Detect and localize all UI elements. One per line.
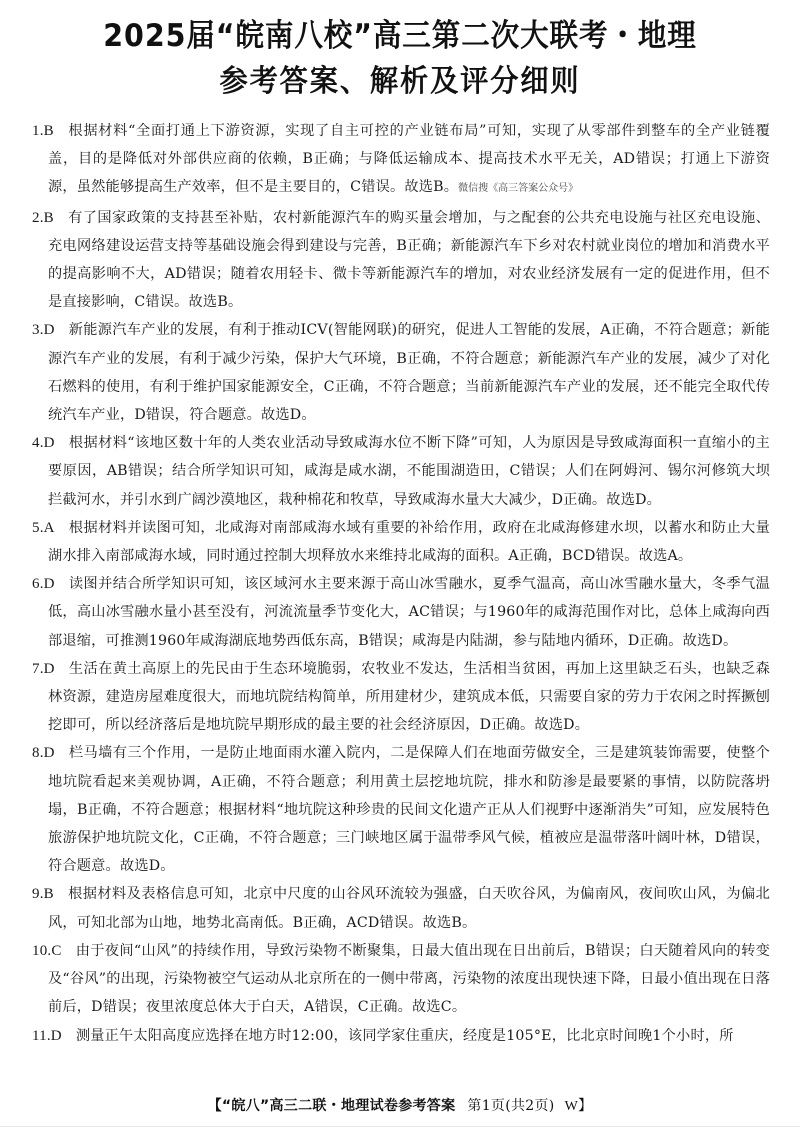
answer-item-3: 3.D新能源汽车产业的发展，有利于推动ICV(智能网联)的研究，促进人工智能的发…: [32, 316, 770, 429]
item-explanation: 由于夜间“山风”的持续作用，导致污染物不断聚集，日最大值出现在日出前后，B错误；…: [48, 943, 770, 1015]
item-answer: D: [44, 745, 55, 761]
answer-item-9: 9.B根据材料及表格信息可知，北京中尺度的山谷风环流较为强盛，白天吹谷风，为偏南…: [32, 880, 770, 936]
bottom-divider: [0, 1126, 800, 1127]
item-explanation: 根据材料及表格信息可知，北京中尺度的山谷风环流较为强盛，白天吹谷风，为偏南风，夜…: [48, 886, 770, 930]
item-explanation: 读图并结合所学知识可知，该区域河水主要来源于高山冰雪融水，夏季气温高，高山冰雪融…: [48, 576, 770, 648]
item-number: 2.: [32, 210, 44, 226]
footer-label: 【“皖八”高三二联・地理试卷参考答案: [208, 1098, 456, 1114]
item-answer: B: [44, 210, 54, 226]
answer-item-2: 2.B有了国家政策的支持甚至补贴，农村新能源汽车的购买量会增加，与之配套的公共充…: [32, 204, 770, 317]
item-number: 3.: [32, 322, 44, 338]
item-explanation: 根据材料并读图可知，北咸海对南部咸海水域有重要的补给作用，政府在北咸海修建水坝，…: [48, 520, 770, 564]
item-number: 4.: [32, 435, 44, 451]
item-number: 5.: [32, 520, 44, 536]
item-answer: D: [51, 1028, 62, 1044]
item-explanation: 根据材料“该地区数十年的人类农业活动导致咸海水位不断下降”可知，人为原因是导致咸…: [48, 435, 770, 507]
item-number: 6.: [32, 576, 44, 592]
answer-item-11: 11.D测量正午太阳高度应选择在地方时12:00，该同学家住重庆，经度是105°…: [32, 1022, 770, 1050]
answer-item-8: 8.D栏马墙有三个作用，一是防止地面雨水灌入院内，二是保障人们在地面劳做安全，三…: [32, 739, 770, 880]
item-number: 1.: [32, 123, 44, 139]
item-number: 10.: [32, 943, 51, 959]
footer-code: W】: [565, 1099, 593, 1114]
item-answer: B: [44, 886, 54, 902]
item-answer: A: [44, 520, 55, 536]
item-note: 微信搜《高三答案公众号》: [458, 183, 578, 194]
item-answer: D: [44, 661, 55, 677]
answer-list: 1.B根据材料“全面打通上下游资源，实现了自主可控的产业链布局”可知，实现了从零…: [32, 117, 770, 1050]
item-answer: D: [44, 576, 55, 592]
item-explanation: 新能源汽车产业的发展，有利于推动ICV(智能网联)的研究，促进人工智能的发展，A…: [48, 322, 770, 423]
item-explanation: 有了国家政策的支持甚至补贴，农村新能源汽车的购买量会增加，与之配套的公共充电设施…: [48, 210, 770, 311]
page-title: 2025届“皖南八校”高三第二次大联考・地理: [32, 10, 768, 55]
page-number: 第1页(共2页): [467, 1098, 554, 1114]
answer-item-5: 5.A根据材料并读图可知，北咸海对南部咸海水域有重要的补给作用，政府在北咸海修建…: [32, 514, 770, 570]
item-number: 8.: [32, 745, 44, 761]
item-explanation: 生活在黄土高原上的先民由于生态环境脆弱，农牧业不发达，生活相当贫困，再加上这里缺…: [48, 661, 770, 733]
answer-item-7: 7.D生活在黄土高原上的先民由于生态环境脆弱，农牧业不发达，生活相当贫困，再加上…: [32, 655, 770, 740]
item-number: 9.: [32, 886, 44, 902]
item-explanation: 测量正午太阳高度应选择在地方时12:00，该同学家住重庆，经度是105°E，比北…: [76, 1028, 734, 1044]
page-footer: 【“皖八”高三二联・地理试卷参考答案第1页(共2页)W】: [0, 1095, 800, 1115]
answer-item-4: 4.D根据材料“该地区数十年的人类农业活动导致咸海水位不断下降”可知，人为原因是…: [32, 429, 770, 514]
item-answer: D: [44, 322, 55, 338]
item-answer: B: [44, 123, 54, 139]
item-explanation: 根据材料“全面打通上下游资源，实现了自主可控的产业链布局”可知，实现了从零部件到…: [48, 123, 770, 195]
item-number: 11.: [32, 1028, 51, 1044]
page-subtitle: 参考答案、解析及评分细则: [24, 56, 776, 100]
item-explanation: 栏马墙有三个作用，一是防止地面雨水灌入院内，二是保障人们在地面劳做安全，三是建筑…: [48, 745, 770, 874]
item-answer: C: [51, 943, 61, 959]
answer-item-10: 10.C由于夜间“山风”的持续作用，导致污染物不断聚集，日最大值出现在日出前后，…: [32, 937, 770, 1022]
item-answer: D: [44, 435, 55, 451]
answer-item-1: 1.B根据材料“全面打通上下游资源，实现了自主可控的产业链布局”可知，实现了从零…: [32, 117, 770, 204]
answer-item-6: 6.D读图并结合所学知识可知，该区域河水主要来源于高山冰雪融水，夏季气温高，高山…: [32, 570, 770, 655]
item-number: 7.: [32, 661, 44, 677]
